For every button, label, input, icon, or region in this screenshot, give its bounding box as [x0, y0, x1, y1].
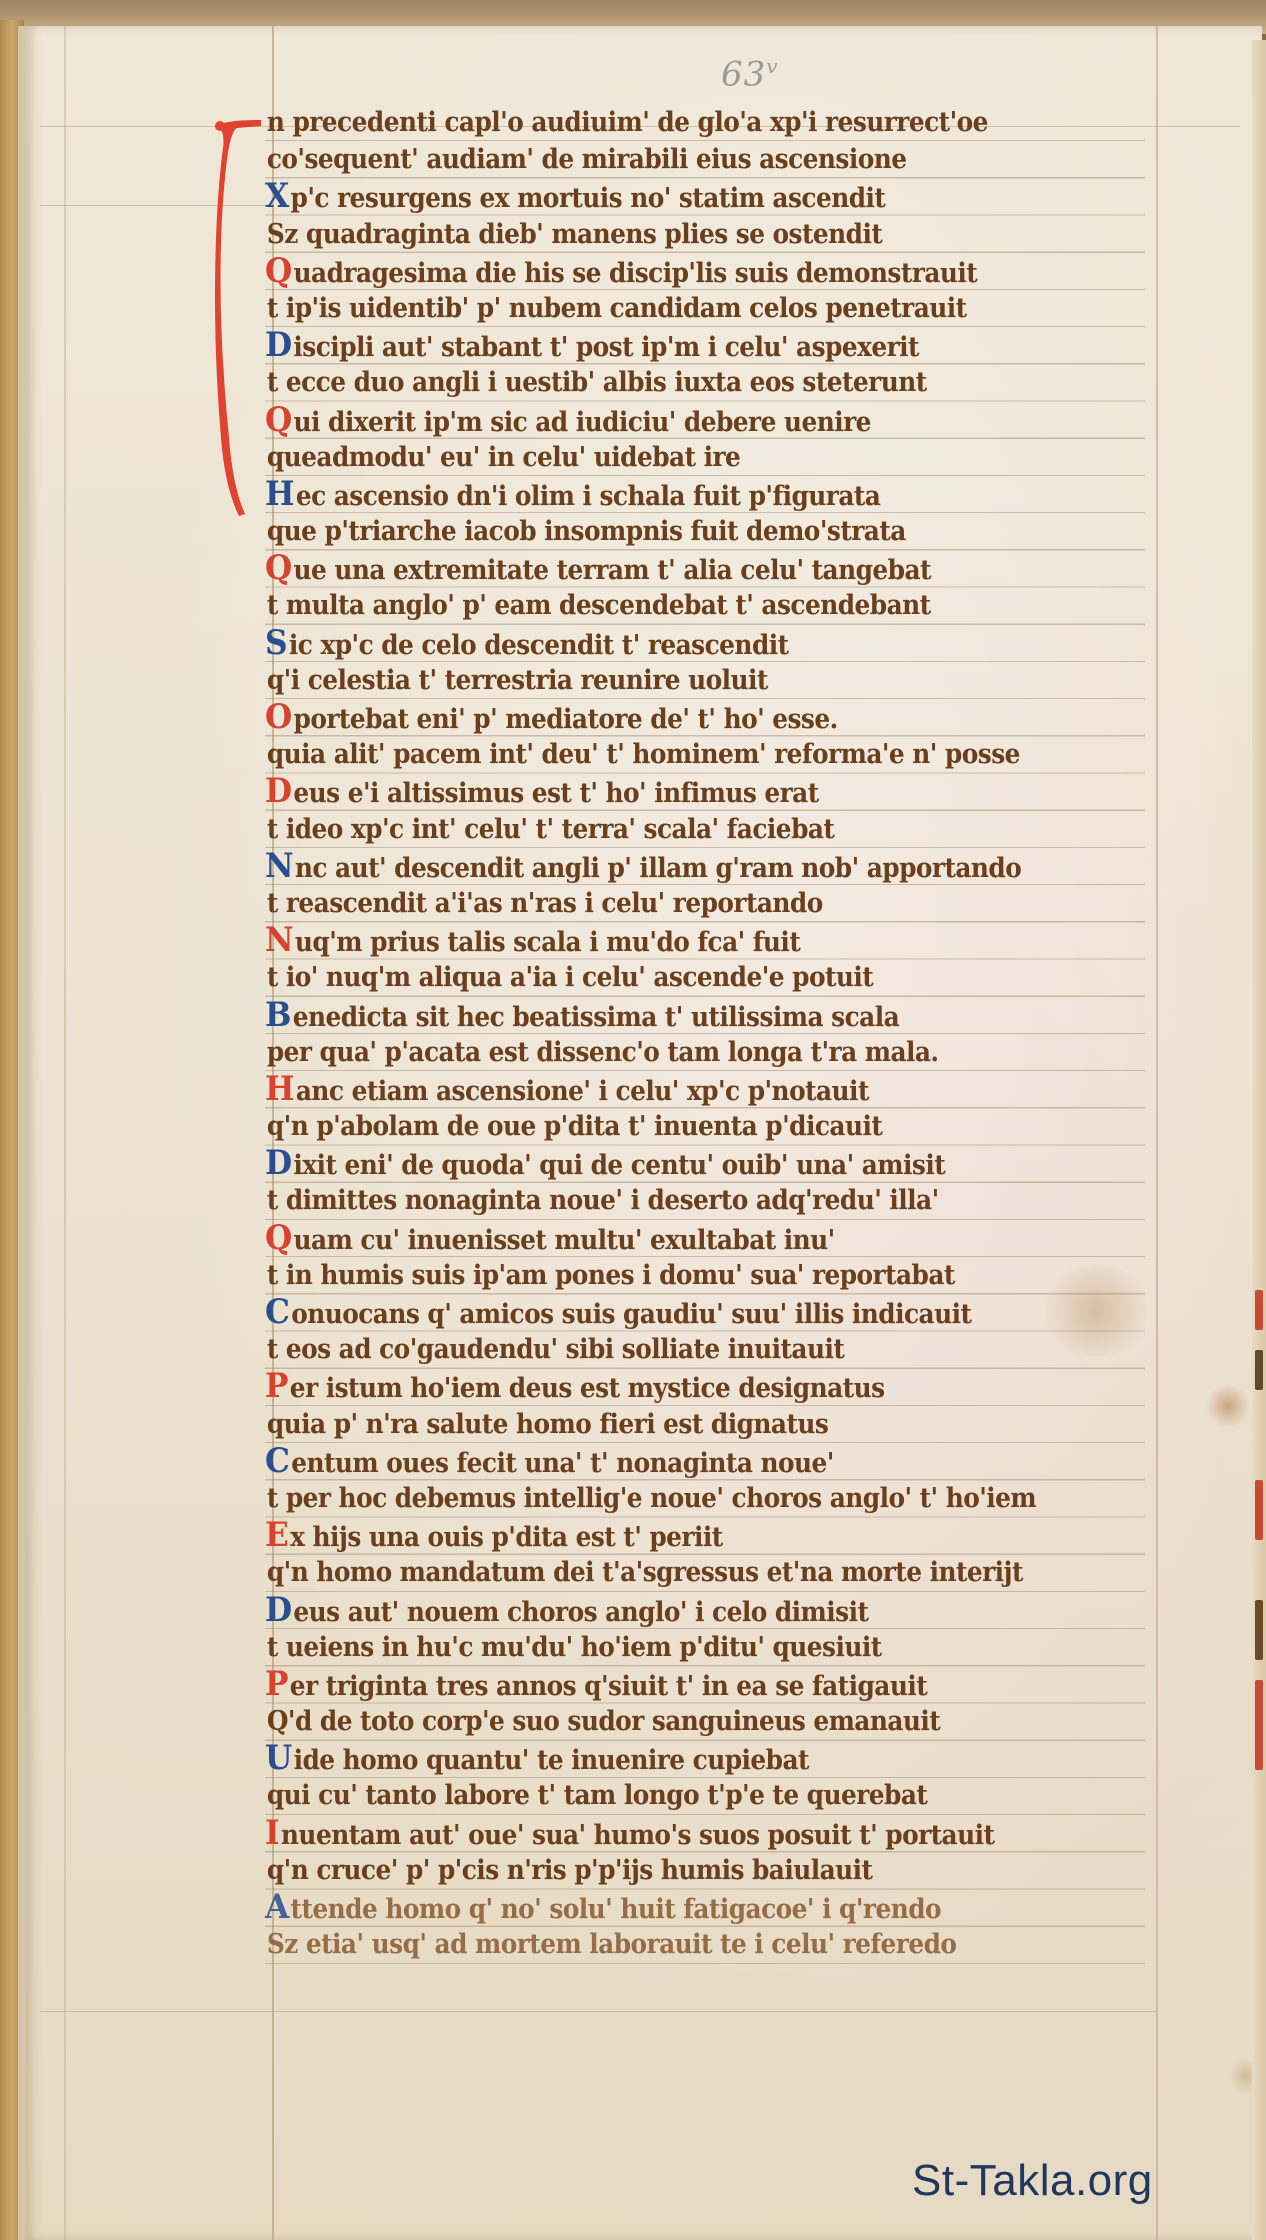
text-line: Nnc aut' descendit angli p' illam g'ram … — [265, 848, 1111, 885]
initial: H — [265, 1071, 294, 1108]
initial: P — [265, 1666, 288, 1703]
line-text: t ueiens in hu'c mu'du' ho'iem p'ditu' q… — [267, 1632, 882, 1663]
facing-page-edge — [1252, 40, 1266, 2240]
initial: C — [265, 1443, 289, 1480]
text-line: Nuq'm prius talis scala i mu'do fca' fui… — [265, 922, 1111, 959]
text-line: t per hoc debemus intellig'e noue' choro… — [265, 1480, 1111, 1517]
line-text: x hijs una ouis p'dita est t' periit — [290, 1522, 723, 1553]
line-text: t ip'is uidentib' p' nubem candidam celo… — [267, 293, 967, 324]
initial: B — [265, 997, 291, 1034]
decorated-initial-i — [215, 118, 261, 518]
line-text: t reascendit a'i'as n'ras i celu' report… — [267, 888, 823, 919]
line-text: t io' nuq'm aliqua a'ia i celu' ascende'… — [267, 962, 873, 993]
line-text: Sz quadraginta dieb' manens plies se ost… — [267, 219, 882, 250]
text-line: per qua' p'acata est dissenc'o tam longa… — [265, 1034, 1111, 1071]
line-text: t ecce duo angli i uestib' albis iuxta e… — [267, 367, 927, 398]
text-line: Ex hijs una ouis p'dita est t' periit — [265, 1517, 1111, 1554]
line-text: t ideo xp'c int' celu' t' terra' scala' … — [267, 814, 835, 845]
initial: P — [265, 1368, 288, 1405]
text-line: Discipli aut' stabant t' post ip'm i cel… — [265, 327, 1111, 364]
text-line: Hanc etiam ascensione' i celu' xp'c p'no… — [265, 1071, 1111, 1108]
text-line: t reascendit a'i'as n'ras i celu' report… — [265, 885, 1111, 922]
line-text: q'n p'abolam de oue p'dita t' inuenta p'… — [267, 1111, 882, 1142]
initial: S — [265, 625, 287, 662]
text-line: Sic xp'c de celo descendit t' reascendit — [265, 625, 1111, 662]
line-text: q'n homo mandatum dei t'a'sgressus et'na… — [267, 1557, 1023, 1588]
text-line: Conuocans q' amicos suis gaudiu' suu' il… — [265, 1294, 1111, 1331]
initial: A — [265, 1889, 289, 1926]
line-text: t dimittes nonaginta noue' i deserto adq… — [267, 1185, 939, 1216]
text-line: t multa anglo' p' eam descendebat t' asc… — [265, 587, 1111, 624]
ruling-bottom-line — [40, 2011, 1156, 2012]
line-text: ec ascensio dn'i olim i schala fuit p'fi… — [296, 481, 880, 512]
line-text: uq'm prius talis scala i mu'do fca' fuit — [295, 927, 800, 958]
line-text: q'i celestia t' terrestria reunire uolui… — [267, 665, 768, 696]
initial: E — [265, 1517, 288, 1554]
line-text: portebat eni' p' mediatore de' t' ho' es… — [294, 704, 838, 735]
text-line: q'i celestia t' terrestria reunire uolui… — [265, 662, 1111, 699]
line-text: Sz etia' usq' ad mortem laborauit te i c… — [267, 1929, 957, 1960]
line-text: queadmodu' eu' in celu' uidebat ire — [267, 442, 740, 473]
text-line: Qui dixerit ip'm sic ad iudiciu' debere … — [265, 402, 1111, 439]
stain — [1206, 1384, 1250, 1428]
line-text: ixit eni' de quoda' qui de centu' ouib' … — [293, 1150, 945, 1181]
text-line: t in humis suis ip'am pones i domu' sua'… — [265, 1257, 1111, 1294]
initial: D — [265, 1145, 292, 1182]
text-line: t ideo xp'c int' celu' t' terra' scala' … — [265, 811, 1111, 848]
line-text: eus e'i altissimus est t' ho' infimus er… — [293, 778, 818, 809]
line-text: quia alit' pacem int' deu' t' hominem' r… — [267, 739, 1020, 770]
text-line: co'sequent' audiam' de mirabili eius asc… — [265, 141, 1111, 178]
line-text: Q'd de toto corp'e suo sudor sanguineus … — [267, 1706, 940, 1737]
facing-page-initial — [1255, 1600, 1263, 1660]
text-line: q'n p'abolam de oue p'dita t' inuenta p'… — [265, 1108, 1111, 1145]
line-text: per qua' p'acata est dissenc'o tam longa… — [267, 1037, 939, 1068]
text-line: queadmodu' eu' in celu' uidebat ire — [265, 439, 1111, 476]
text-line: t dimittes nonaginta noue' i deserto adq… — [265, 1182, 1111, 1219]
initial: Q — [265, 1220, 292, 1257]
text-line: Dixit eni' de quoda' qui de centu' ouib'… — [265, 1145, 1111, 1182]
line-text: onuocans q' amicos suis gaudiu' suu' ill… — [291, 1299, 971, 1330]
line-text: t per hoc debemus intellig'e noue' choro… — [267, 1483, 1036, 1514]
line-text: enedicta sit hec beatissima t' utilissim… — [293, 1002, 899, 1033]
text-line: Xp'c resurgens ex mortuis no' statim asc… — [265, 178, 1111, 215]
initial: O — [265, 699, 292, 736]
text-line: Inuentam aut' oue' sua' humo's suos posu… — [265, 1815, 1111, 1852]
text-line: qui cu' tanto labore t' tam longo t'p'e … — [265, 1777, 1111, 1814]
text-line: quia alit' pacem int' deu' t' hominem' r… — [265, 736, 1111, 773]
text-line: t ip'is uidentib' p' nubem candidam celo… — [265, 290, 1111, 327]
initial: D — [265, 327, 292, 364]
line-text: q'n cruce' p' p'cis n'ris p'p'ijs humis … — [267, 1855, 873, 1886]
line-text: anc etiam ascensione' i celu' xp'c p'not… — [296, 1076, 869, 1107]
line-text: co'sequent' audiam' de mirabili eius asc… — [267, 144, 907, 175]
line-text: iscipli aut' stabant t' post ip'm i celu… — [293, 332, 919, 363]
line-text: ic xp'c de celo descendit t' reascendit — [289, 630, 789, 661]
initial: H — [265, 476, 294, 513]
initial: Q — [265, 550, 292, 587]
initial: Q — [265, 402, 292, 439]
text-line: Centum oues fecit una' t' nonaginta noue… — [265, 1443, 1111, 1480]
initial: U — [265, 1740, 292, 1777]
line-text: er triginta tres annos q'siuit t' in ea … — [290, 1671, 927, 1702]
line-text: p'c resurgens ex mortuis no' statim asce… — [291, 183, 886, 214]
initial: D — [265, 773, 292, 810]
facing-page-initial — [1255, 1480, 1263, 1540]
folio-number-value: 63 — [721, 54, 766, 94]
initial: N — [265, 922, 293, 959]
line-text: eus aut' nouem choros anglo' i celo dimi… — [293, 1597, 868, 1628]
text-line: Quam cu' inuenisset multu' exultabat inu… — [265, 1220, 1111, 1257]
line-text: t eos ad co'gaudendu' sibi solliate inui… — [267, 1334, 844, 1365]
line-text: ue una extremitate terram t' alia celu' … — [294, 555, 931, 586]
facing-page-initial — [1255, 1680, 1263, 1770]
initial: N — [265, 848, 293, 885]
line-text: n precedenti capl'o audiuim' de glo'a xp… — [267, 107, 988, 138]
line-text: uadragesima die his se discip'lis suis d… — [294, 258, 978, 289]
folio-side: v — [766, 54, 778, 78]
text-line: Deus aut' nouem choros anglo' i celo dim… — [265, 1592, 1111, 1629]
line-text: quia p' n'ra salute homo fieri est digna… — [267, 1409, 828, 1440]
text-line: Sz etia' usq' ad mortem laborauit te i c… — [265, 1926, 1111, 1963]
text-line: q'n cruce' p' p'cis n'ris p'p'ijs humis … — [265, 1852, 1111, 1889]
initial: Q — [265, 253, 292, 290]
manuscript-text: n precedenti capl'o audiuim' de glo'a xp… — [265, 104, 1185, 1963]
line-text: ide homo quantu' te inuenire cupiebat — [294, 1745, 809, 1776]
text-line: t eos ad co'gaudendu' sibi solliate inui… — [265, 1331, 1111, 1368]
text-line: n precedenti capl'o audiuim' de glo'a xp… — [265, 104, 1111, 141]
text-line: Sz quadraginta dieb' manens plies se ost… — [265, 216, 1111, 253]
folio-number: 63v — [721, 54, 779, 94]
initial: C — [265, 1294, 289, 1331]
text-line: Benedicta sit hec beatissima t' utilissi… — [265, 997, 1111, 1034]
facing-page-initial — [1255, 1350, 1263, 1390]
initial: I — [265, 1815, 279, 1852]
text-line: Q'd de toto corp'e suo sudor sanguineus … — [265, 1703, 1111, 1740]
text-line: Oportebat eni' p' mediatore de' t' ho' e… — [265, 699, 1111, 736]
line-text: qui cu' tanto labore t' tam longo t'p'e … — [267, 1780, 928, 1811]
text-line: Per istum ho'iem deus est mystice design… — [265, 1368, 1111, 1405]
line-text: t in humis suis ip'am pones i domu' sua'… — [267, 1260, 955, 1291]
text-line: Hec ascensio dn'i olim i schala fuit p'f… — [265, 476, 1111, 513]
text-line: Que una extremitate terram t' alia celu'… — [265, 550, 1111, 587]
line-text: t multa anglo' p' eam descendebat t' asc… — [267, 590, 931, 621]
text-line: quia p' n'ra salute homo fieri est digna… — [265, 1406, 1111, 1443]
ruling-outer-margin — [64, 26, 66, 2240]
text-line: Attende homo q' no' solu' huit fatigacoe… — [265, 1889, 1111, 1926]
line-text: entum oues fecit una' t' nonaginta noue' — [291, 1448, 834, 1479]
line-text: er istum ho'iem deus est mystice designa… — [290, 1373, 885, 1404]
text-line: q'n homo mandatum dei t'a'sgressus et'na… — [265, 1554, 1111, 1591]
text-line: Uide homo quantu' te inuenire cupiebat — [265, 1740, 1111, 1777]
text-line: t io' nuq'm aliqua a'ia i celu' ascende'… — [265, 959, 1111, 996]
line-text: que p'triarche iacob insompnis fuit demo… — [267, 516, 906, 547]
line-text: nuentam aut' oue' sua' humo's suos posui… — [281, 1820, 994, 1851]
text-line: t ecce duo angli i uestib' albis iuxta e… — [265, 364, 1111, 401]
line-text: uam cu' inuenisset multu' exultabat inu' — [294, 1225, 835, 1256]
text-line: Quadragesima die his se discip'lis suis … — [265, 253, 1111, 290]
initial: X — [265, 178, 289, 215]
line-text: nc aut' descendit angli p' illam g'ram n… — [295, 853, 1021, 884]
initial: D — [265, 1592, 292, 1629]
line-text: ttende homo q' no' solu' huit fatigacoe'… — [291, 1894, 941, 1925]
text-line: Deus e'i altissimus est t' ho' infimus e… — [265, 773, 1111, 810]
watermark: St-Takla.org — [912, 2156, 1153, 2206]
text-line: Per triginta tres annos q'siuit t' in ea… — [265, 1666, 1111, 1703]
text-line: t ueiens in hu'c mu'du' ho'iem p'ditu' q… — [265, 1629, 1111, 1666]
text-line: que p'triarche iacob insompnis fuit demo… — [265, 513, 1111, 550]
facing-page-initial — [1255, 1290, 1263, 1330]
line-text: ui dixerit ip'm sic ad iudiciu' debere u… — [294, 407, 871, 438]
